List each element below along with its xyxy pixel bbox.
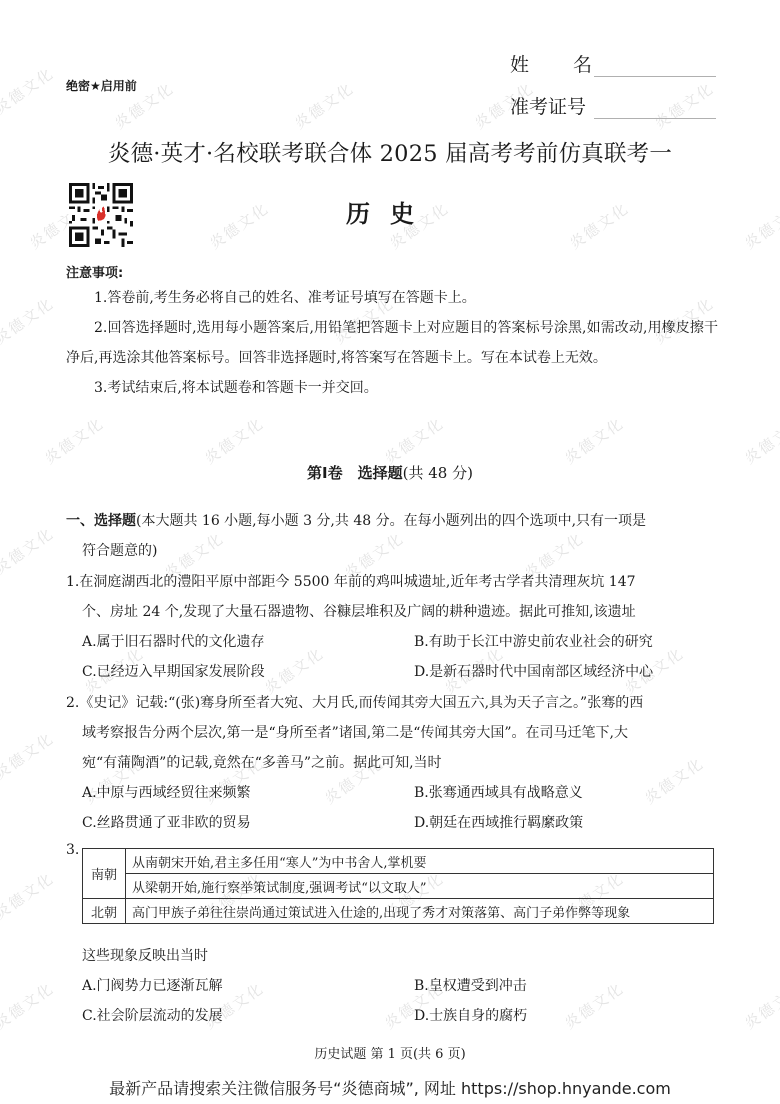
question-stem-cont: 宛“有蒲陶酒”的记载,竟然在“多善马”之前。据此可知,当时 xyxy=(66,748,722,778)
watermark: 炎德文化 xyxy=(560,412,628,468)
part-one-heading: 一、选择题 xyxy=(66,513,136,529)
watermark: 炎德文化 xyxy=(0,977,58,1033)
watermark: 炎德文化 xyxy=(0,867,58,923)
option-b[interactable]: B.皇权遭受到冲击 xyxy=(414,971,734,1001)
question-3-table: 南朝 从南朝宋开始,君主多任用“寒人”为中书舍人,掌机要 从梁朝开始,施行察举策… xyxy=(82,848,714,924)
option-d[interactable]: D.朝廷在西域推行羁縻政策 xyxy=(414,808,734,838)
table-label-south: 南朝 xyxy=(83,849,126,899)
name-label: 姓 名 xyxy=(510,50,592,77)
question-stem: 在洞庭湖西北的澧阳平原中部距今 5500 年前的鸡叫城遗址,近年考古学者共清理灰… xyxy=(79,574,635,590)
watermark: 炎德文化 xyxy=(380,412,448,468)
option-d[interactable]: D.是新石器时代中国南部区域经济中心 xyxy=(414,657,734,687)
watermark: 炎德文化 xyxy=(0,292,58,348)
option-c[interactable]: C.丝路贯通了亚非欧的贸易 xyxy=(82,808,414,838)
watermark: 炎德文化 xyxy=(740,977,780,1033)
table-cell: 高门甲族子弟往往崇尚通过策试进入仕途的,出现了秀才对策落第、高门子弟作弊等现象 xyxy=(126,899,714,924)
note-item: 3.考试结束后,将本试题卷和答题卡一并交回。 xyxy=(66,373,718,403)
exam-id-label: 准考证号 xyxy=(510,92,592,119)
watermark: 炎德文化 xyxy=(740,412,780,468)
name-label-char-2: 名 xyxy=(573,50,592,77)
option-b[interactable]: B.有助于长江中游史前农业社会的研究 xyxy=(414,627,734,657)
watermark: 炎德文化 xyxy=(0,522,58,578)
watermark: 炎德文化 xyxy=(0,727,58,783)
subject-title: 历史 xyxy=(0,194,780,229)
question-1: 1.在洞庭湖西北的澧阳平原中部距今 5500 年前的鸡叫城遗址,近年考古学者共清… xyxy=(66,567,722,687)
table-cell: 从南朝宋开始,君主多任用“寒人”为中书舍人,掌机要 xyxy=(126,849,714,874)
name-label-char-1: 姓 xyxy=(510,50,529,77)
option-a[interactable]: A.门阀势力已逐渐瓦解 xyxy=(82,971,414,1001)
question-stem-cont: 个、房址 24 个,发现了大量石器遗物、谷糠层堆积及广阔的耕种遗迹。据此可推知,… xyxy=(66,597,722,627)
exam-id-field: 准考证号 xyxy=(510,92,716,119)
part-one-instructions: 一、选择题(本大题共 16 小题,每小题 3 分,共 48 分。在每小题列出的四… xyxy=(66,506,721,566)
notes-list: 1.答卷前,考生务必将自己的姓名、准考证号填写在答题卡上。 2.回答选择题时,选… xyxy=(66,283,718,403)
note-item: 2.回答选择题时,选用每小题答案后,用铅笔把答题卡上对应题目的答案标号涂黑,如需… xyxy=(66,313,718,373)
note-item: 1.答卷前,考生务必将自己的姓名、准考证号填写在答题卡上。 xyxy=(66,283,718,313)
page-footer: 历史试题 第 1 页(共 6 页) xyxy=(0,1043,780,1062)
section-title-bold: 第Ⅰ卷 选择题 xyxy=(307,464,403,482)
watermark: 炎德文化 xyxy=(0,62,58,118)
part-one-desc: (本大题共 16 小题,每小题 3 分,共 48 分。在每小题列出的四个选项中,… xyxy=(136,513,646,529)
question-number: 1. xyxy=(66,574,79,590)
question-3: 这些现象反映出当时 A.门阀势力已逐渐瓦解 B.皇权遭受到冲击 C.社会阶层流动… xyxy=(66,941,722,1031)
question-2: 2.《史记》记载:“(张)骞身所至者大宛、大月氏,而传闻其旁大国五六,具为天子言… xyxy=(66,688,722,838)
name-blank-line[interactable] xyxy=(594,54,716,77)
notes-heading: 注意事项: xyxy=(66,262,123,281)
watermark: 炎德文化 xyxy=(40,412,108,468)
exam-title: 炎德·英才·名校联考联合体 2025 届高考考前仿真联考一 xyxy=(0,136,780,168)
option-b[interactable]: B.张骞通西域具有战略意义 xyxy=(414,778,734,808)
option-a[interactable]: A.属于旧石器时代的文化遗存 xyxy=(82,627,414,657)
promo-banner: 最新产品请搜索关注微信服务号“炎德商城”, 网址 https://shop.hn… xyxy=(0,1076,780,1099)
option-a[interactable]: A.中原与西域经贸往来频繁 xyxy=(82,778,414,808)
part-one-desc-cont: 符合题意的) xyxy=(66,536,721,566)
watermark: 炎德文化 xyxy=(290,77,358,133)
exam-id-blank-line[interactable] xyxy=(594,96,716,119)
name-field: 姓 名 xyxy=(510,50,716,77)
option-d[interactable]: D.士族自身的腐朽 xyxy=(414,1001,734,1031)
option-c[interactable]: C.社会阶层流动的发展 xyxy=(82,1001,414,1031)
section-title: 第Ⅰ卷 选择题(共 48 分) xyxy=(0,462,780,483)
watermark: 炎德文化 xyxy=(200,412,268,468)
question-number: 3. xyxy=(66,842,79,858)
table-cell: 从梁朝开始,施行察举策试制度,强调考试“以文取人” xyxy=(126,874,714,899)
option-c[interactable]: C.已经迈入早期国家发展阶段 xyxy=(82,657,414,687)
question-number: 2. xyxy=(66,695,79,711)
table-label-north: 北朝 xyxy=(83,899,126,924)
question-stem-cont: 域考察报告分两个层次,第一是“身所至者”诸国,第二是“传闻其旁大国”。在司马迁笔… xyxy=(66,718,722,748)
question-stem: 这些现象反映出当时 xyxy=(66,941,722,971)
question-stem: 《史记》记载:“(张)骞身所至者大宛、大月氏,而传闻其旁大国五六,具为天子言之。… xyxy=(79,695,643,711)
confidential-mark: 绝密★启用前 xyxy=(66,77,137,94)
section-title-score: (共 48 分) xyxy=(403,464,473,482)
